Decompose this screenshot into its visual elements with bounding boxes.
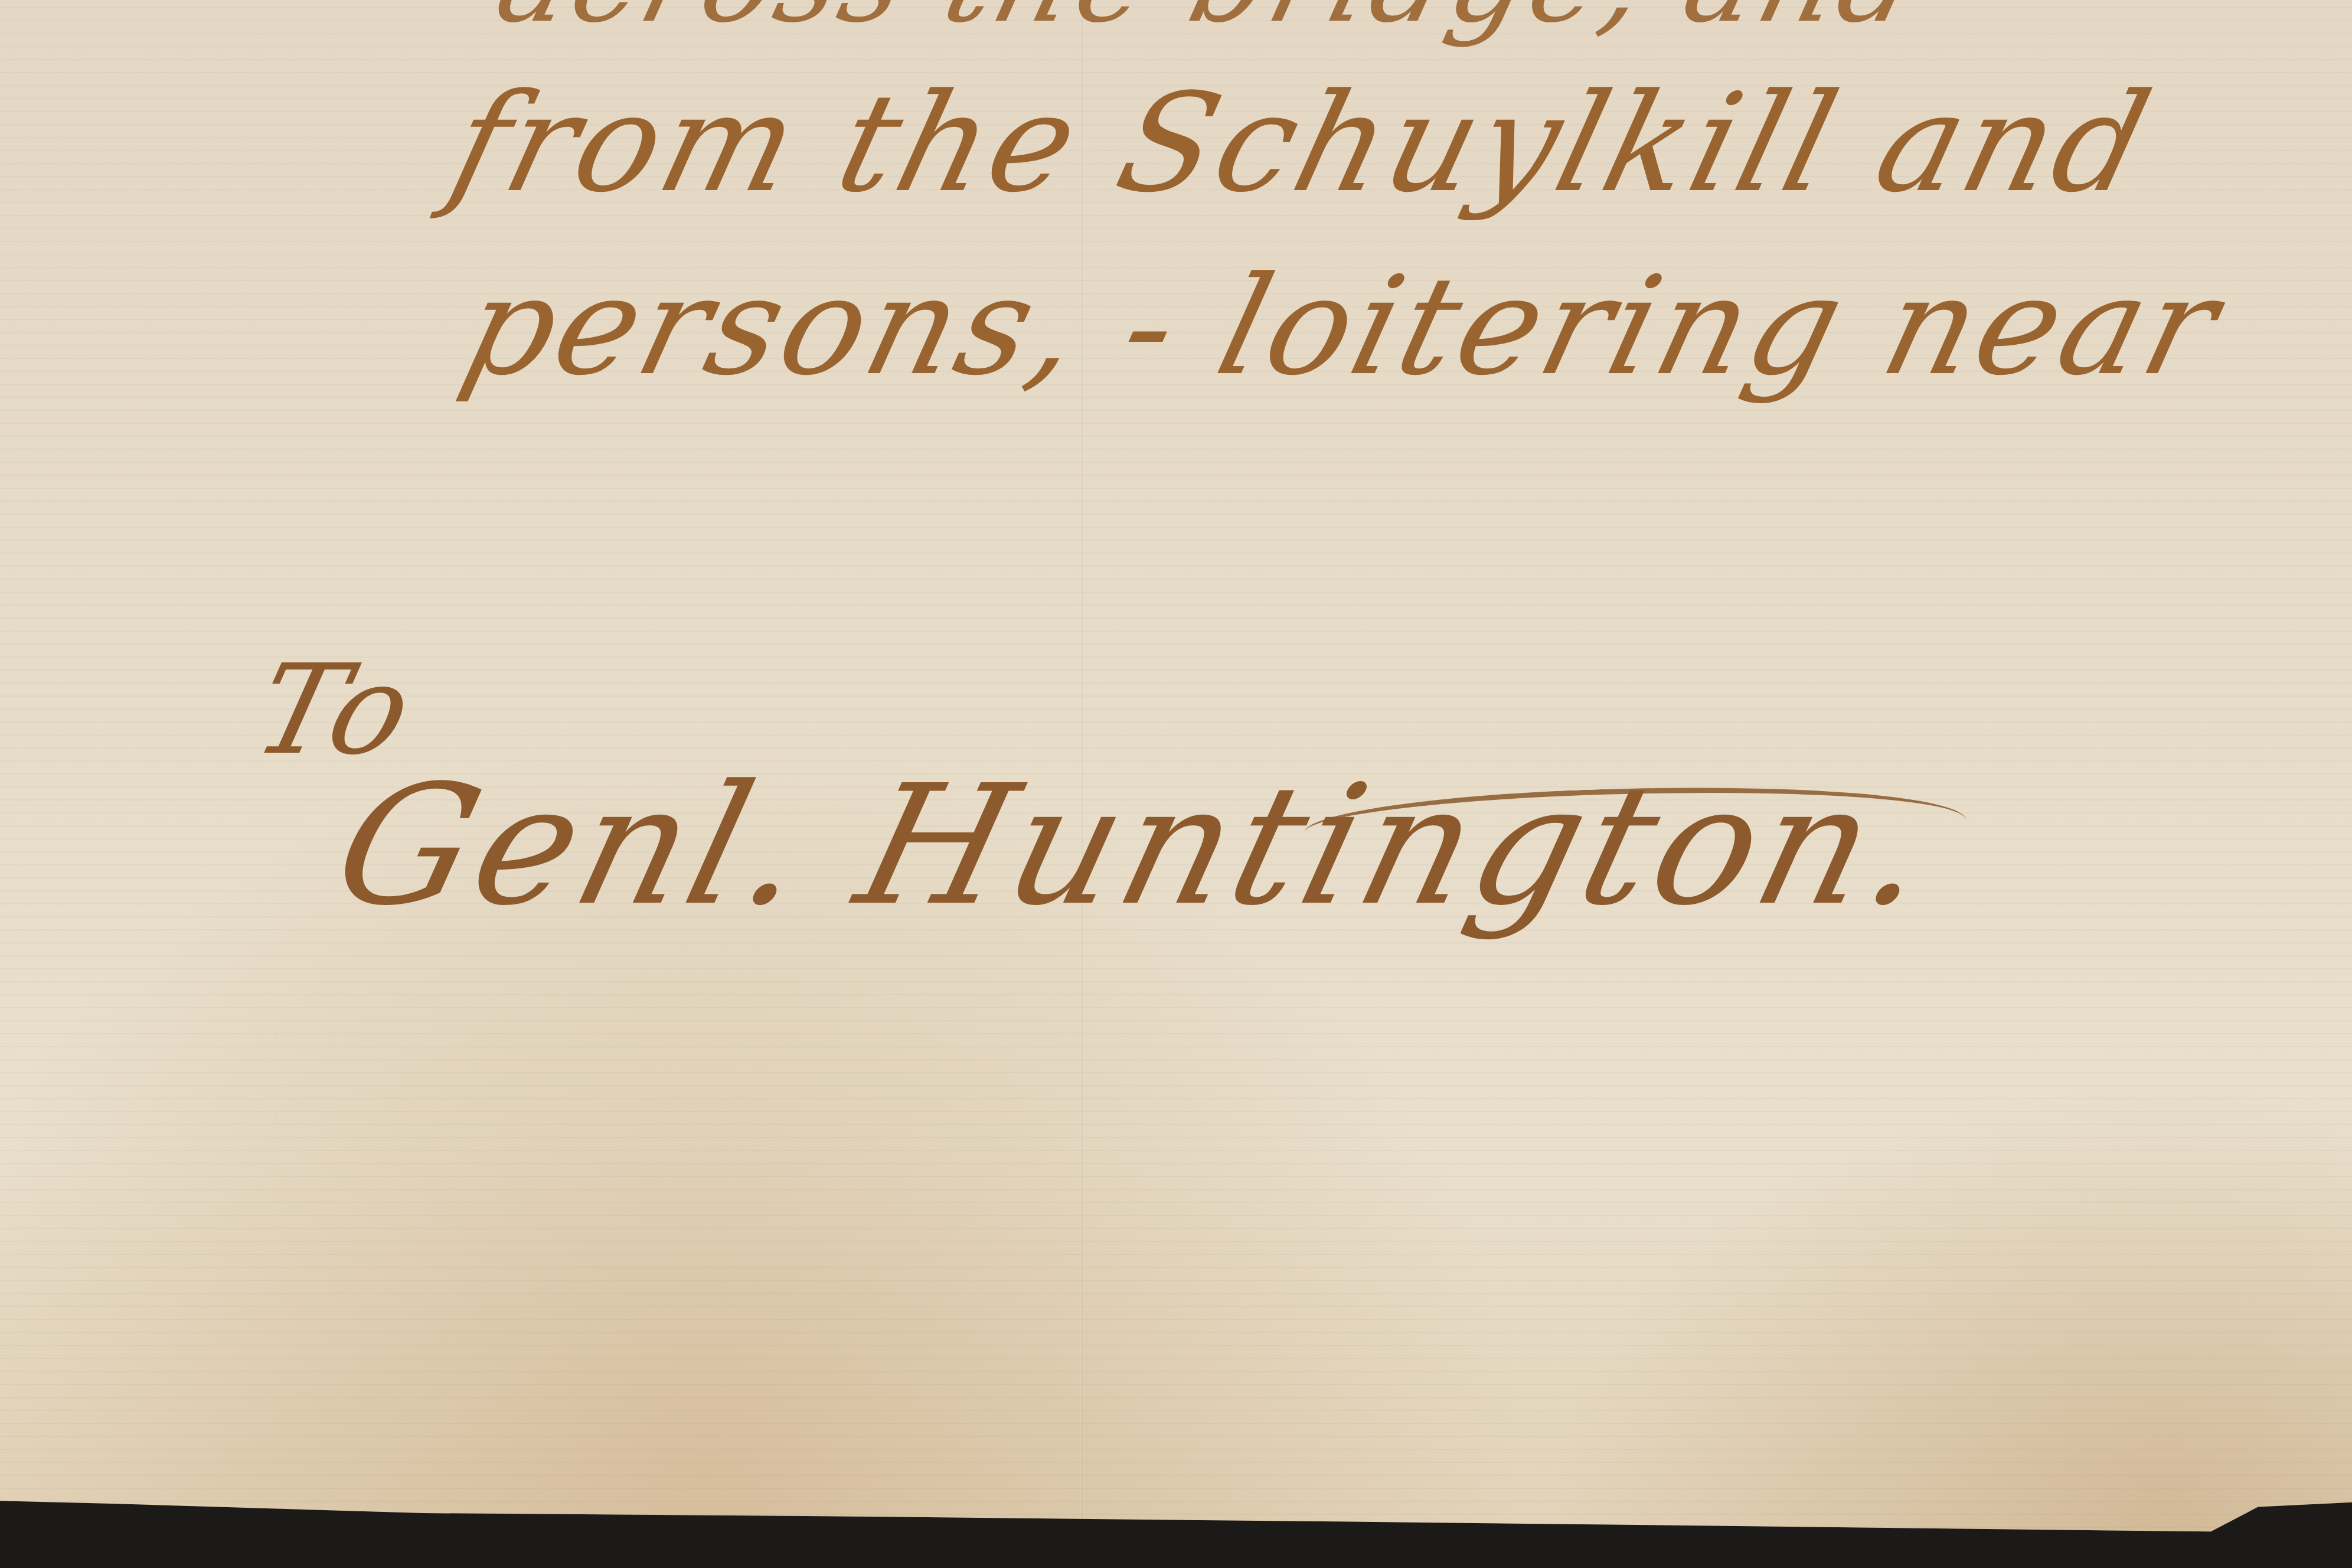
manuscript-page: across the bridge, and from the Schuylki… — [0, 0, 2352, 1541]
document-viewer: across the bridge, and from the Schuylki… — [0, 0, 2352, 1568]
body-line: from the Schuylkill and — [437, 65, 2167, 223]
body-line: persons, - loitering near — [449, 248, 2236, 406]
body-line-partial-top: across the bridge, and — [484, 0, 1938, 49]
